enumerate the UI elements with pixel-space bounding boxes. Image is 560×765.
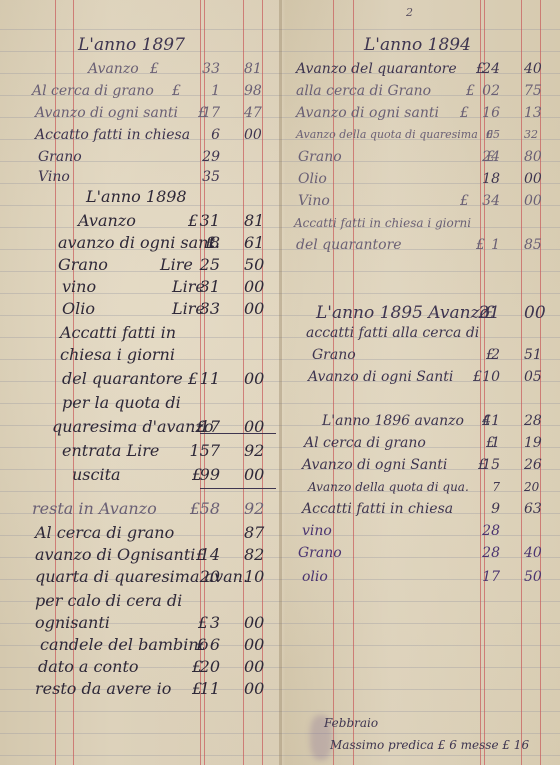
ledger-row: quaresima d'avanzo£1700 [0, 416, 280, 438]
ledger-row: alla cerca di Grano£0275 [280, 80, 560, 102]
ledger-row: per la quota di [0, 392, 280, 414]
ledger-row: Accatto fatti in chiesa600 [0, 124, 280, 146]
ledger-row: resto da avere io£1100 [0, 678, 280, 700]
left-page: L'anno 1897 Avanzo£3381 Al cerca di gran… [0, 0, 280, 765]
ledger-row: Accatti fatti in chiesa963 [280, 498, 560, 520]
ledger-row: resta in Avanzo£5892 [0, 498, 280, 520]
section-heading: L'anno 1896 avanzo£4128 [280, 410, 560, 432]
ledger-row: Avanzo£3181 [0, 210, 280, 232]
ledger-row: Al cerca di grano87 [0, 522, 280, 544]
ledger-row: GranoLire2550 [0, 254, 280, 276]
ledger-row: ognisanti£300 [0, 612, 280, 634]
ledger-row: chiesa i giorni [0, 344, 280, 366]
ledger-row: Avanzo di ogni Santi£1526 [280, 454, 560, 476]
ledger-row: Grano29 [0, 146, 280, 168]
ledger-sheet: L'anno 1897 Avanzo£3381 Al cerca di gran… [0, 0, 560, 765]
section-heading: L'anno 1897 [0, 34, 280, 56]
section-heading: L'anno 1895 Avanzo£2100 [280, 302, 560, 324]
ledger-row: del quarantore£1100 [0, 368, 280, 390]
ledger-row: Avanzo della quota di qua.720 [280, 476, 560, 498]
ledger-row: uscita£9900 [0, 464, 280, 486]
ledger-row: Avanzo di ogni santi£1747 [0, 102, 280, 124]
ledger-row: Avanzo£3381 [0, 58, 280, 80]
ledger-row: Accatti fatti in chiesa i giorni [280, 212, 560, 234]
ledger-row: olio1750 [280, 566, 560, 588]
ledger-row: per calo di cera di [0, 590, 280, 612]
ledger-row: candele del bambino£600 [0, 634, 280, 656]
ledger-row: Al cerca di grano£198 [0, 80, 280, 102]
ledger-row: vino28 [280, 520, 560, 542]
page-marker: 2 [406, 6, 413, 19]
sum-rule [200, 433, 276, 434]
ledger-row: Vino35 [0, 166, 280, 188]
footer-note: Massimo predica £ 6 messe £ 16 [280, 734, 560, 756]
ledger-row: quarta di quaresima avan.2010 [0, 566, 280, 588]
ledger-row: Accatti fatti in [0, 322, 280, 344]
ledger-row: accatti fatti alla cerca di [280, 322, 560, 344]
ledger-row: entrata Lire15792 [0, 440, 280, 462]
right-page: 2 L'anno 1894 Avanzo del quarantore£2440… [280, 0, 560, 765]
ledger-row: OlioLire3300 [0, 298, 280, 320]
ledger-row: Grano£2480 [280, 146, 560, 168]
ledger-row: Avanzo della quota di quaresima£0532 [280, 124, 560, 146]
sum-rule [200, 488, 276, 489]
ledger-row: Al cerca di grano£119 [280, 432, 560, 454]
ledger-row: Olio1800 [280, 168, 560, 190]
ledger-row: avanzo di ogni sant.£861 [0, 232, 280, 254]
section-heading: L'anno 1898 [0, 186, 280, 208]
footer-note: Febbraio [280, 712, 560, 734]
section-heading: L'anno 1894 [280, 34, 560, 56]
ledger-row: Grano£251 [280, 344, 560, 366]
ledger-row: dato a conto£2000 [0, 656, 280, 678]
ledger-row: avanzo di Ognisanti£1482 [0, 544, 280, 566]
ledger-row: Avanzo del quarantore£2440 [280, 58, 560, 80]
ledger-row: Avanzo di ogni Santi£1005 [280, 366, 560, 388]
ledger-row: Avanzo di ogni santi£1613 [280, 102, 560, 124]
ledger-row: vinoLire3100 [0, 276, 280, 298]
ledger-row: del quarantore£185 [280, 234, 560, 256]
ledger-row: Vino£3400 [280, 190, 560, 212]
ledger-row: Grano2840 [280, 542, 560, 564]
